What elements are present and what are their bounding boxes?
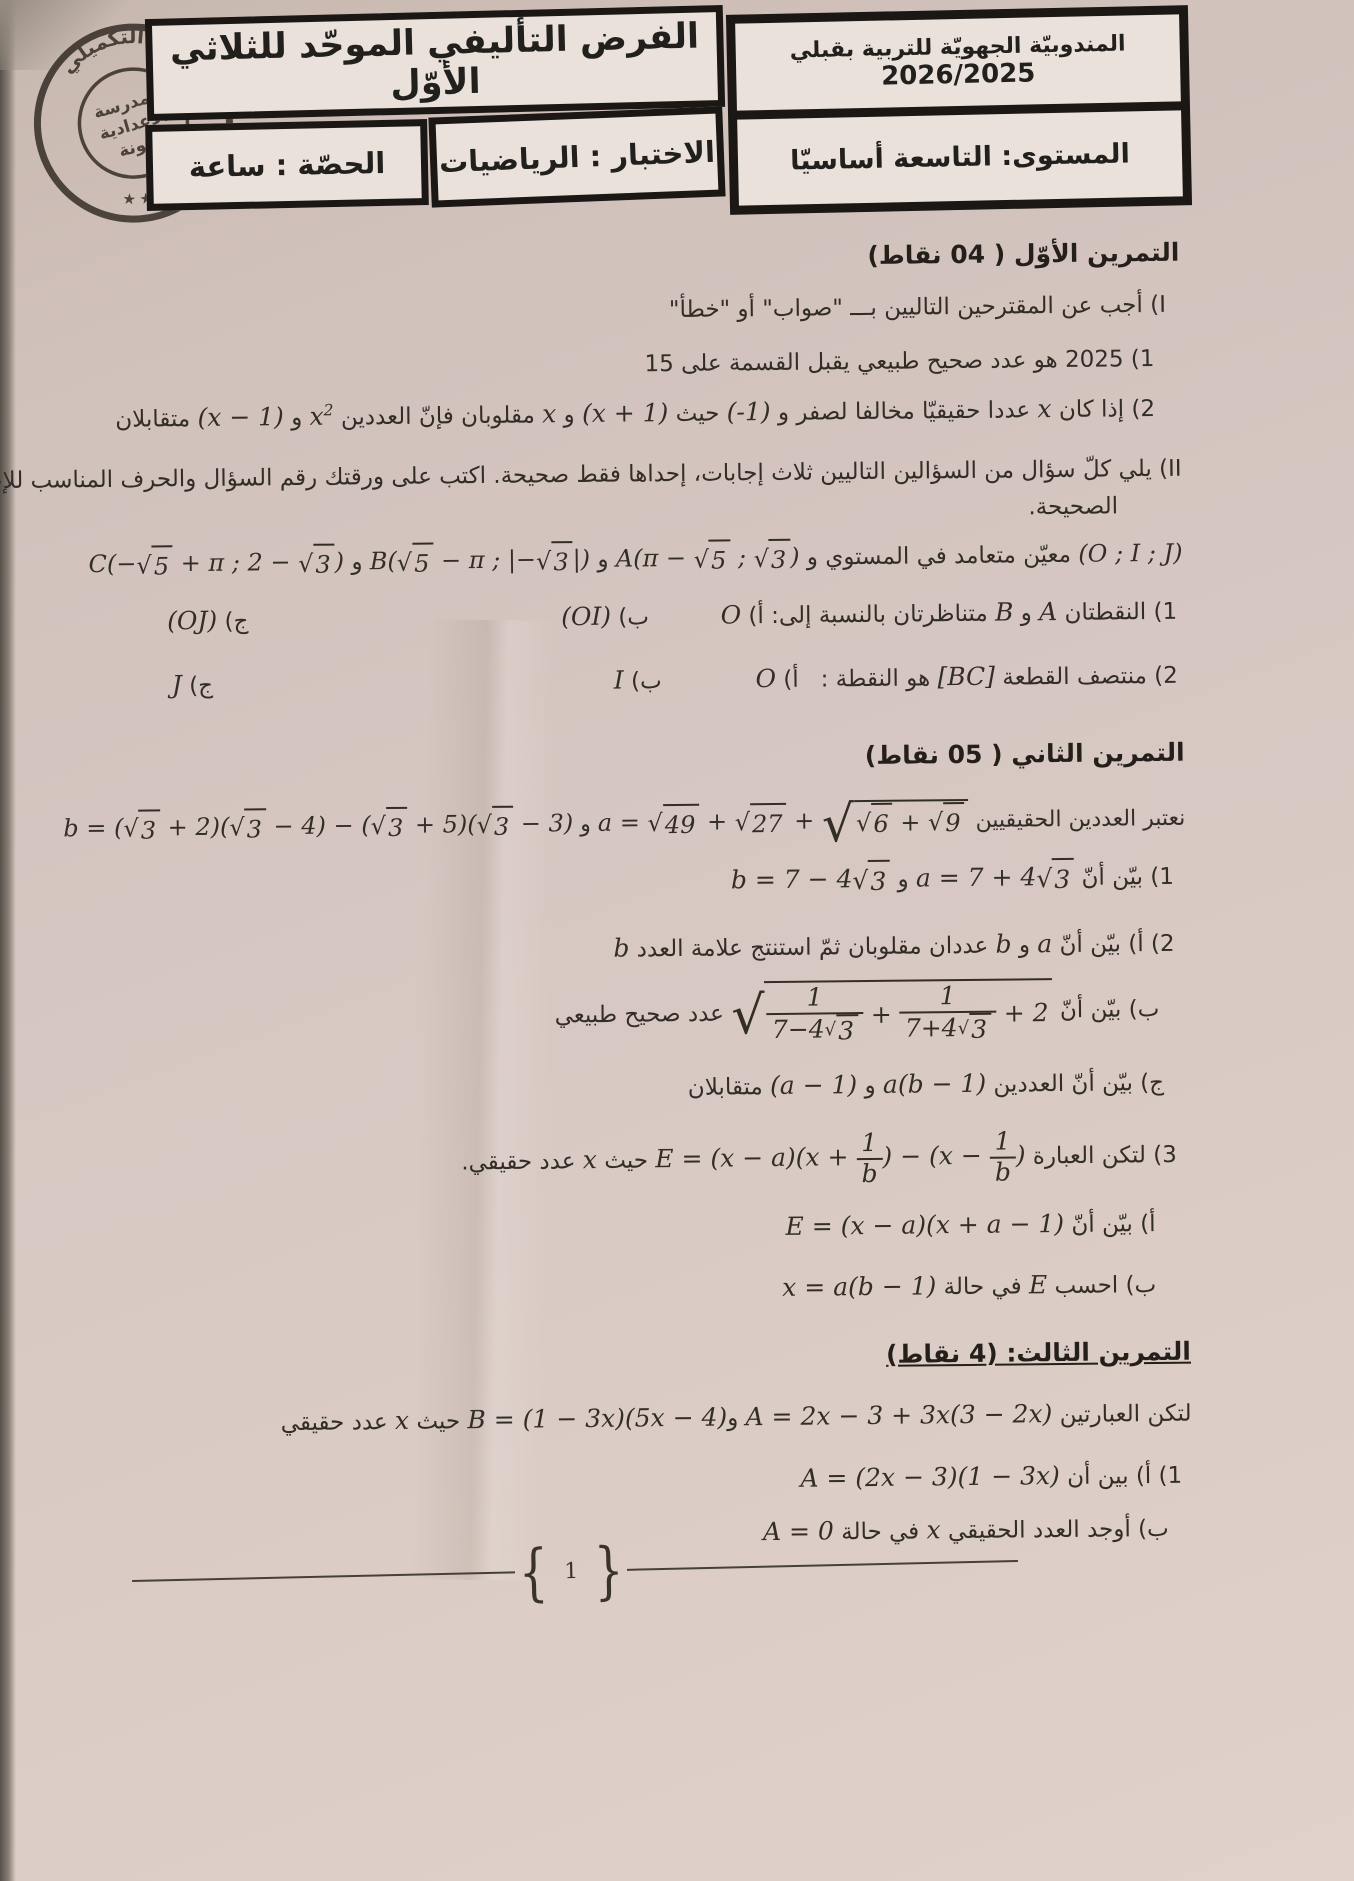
ex3-q1a: 1) أ) بين أن A = (2x − 3)(1 − 3x) xyxy=(118,1455,1182,1504)
ex1-item-2: 2) إذا كان x عددا حقيقيّا مخالفا لصفر و … xyxy=(107,388,1155,436)
page-number: 1 xyxy=(564,1558,579,1583)
ex2-q2c: ج) بيّن أنّ العددين a(b − 1) و (a − 1) م… xyxy=(114,1063,1164,1111)
exercise1-title: التمرين الأوّل ( 04 نقاط) xyxy=(105,234,1179,283)
footer-rule-left xyxy=(132,1571,515,1582)
mcq2-option-b: ب) I xyxy=(614,661,662,699)
ex1-item-1: 1) 2025 هو عدد صحيح طبيعي يقبل القسمة عل… xyxy=(106,342,1154,387)
school-year: 2026/2025 xyxy=(881,58,1036,91)
ex2-q3a: أ) بيّن أنّ E = (x − a)(x + a − 1) xyxy=(115,1204,1155,1252)
mcq2-option-c: ج) J xyxy=(172,666,214,704)
mcq1-question: 1) النقطتان A و B متناظرتان بالنسبة إلى:… xyxy=(720,592,1177,634)
header-right-block: المندوبيّة الجهويّة للتربية بقبلي 2026/2… xyxy=(726,5,1192,215)
mcq2-question: 2) منتصف القطعة [BC] هو النقطة : أ) O xyxy=(755,656,1178,698)
level-text: المستوى: التاسعة أساسيّا xyxy=(790,139,1130,177)
header-subject-box: الاختبار : الرياضيات xyxy=(428,106,725,207)
footer-brace-open: { xyxy=(518,1541,549,1604)
header-duration-box: الحصّة : ساعة xyxy=(145,119,429,211)
ex3-def-ab: لتكن العبارتين A = 2x − 3 + 3x(3 − 2x) و… xyxy=(117,1394,1191,1443)
exercise3-title: التمرين الثالث: (4 نقاط) xyxy=(117,1332,1191,1381)
exam-body: التمرين الأوّل ( 04 نقاط) I) أجب عن المق… xyxy=(0,218,1354,1559)
ex1-mcq-1: 1) النقطتان A و B متناظرتان بالنسبة إلى:… xyxy=(109,592,1183,645)
delegation-name: المندوبيّة الجهويّة للتربية بقبلي xyxy=(790,31,1126,63)
mcq1-option-b: ب) (OI) xyxy=(561,597,649,635)
mcq1-option-c: ج) (OJ) xyxy=(167,601,249,639)
header-delegation-cell: المندوبيّة الجهويّة للتربية بقبلي 2026/2… xyxy=(735,14,1181,110)
ex2-q3: 3) لتكن العبارة E = (x − a)(x + 1b) − (x… xyxy=(115,1126,1178,1197)
duration-text: الحصّة : ساعة xyxy=(188,146,385,184)
ex2-def-ab: نعتبر العددين الحقيقيين a = √49 + √27 + … xyxy=(111,795,1185,852)
subject-text: الاختبار : الرياضيات xyxy=(438,135,715,180)
exam-paper-page: و التكميلي ★ ★ ★ ★ المدرسة الاعدادية بعو… xyxy=(0,0,1354,1881)
ex1-frame-points: (O ; I ; J) معيّن متعامد في المستوي و A(… xyxy=(108,535,1182,585)
ex2-q2b: ب) بيّن أنّ √17−4√3 + 17+4√3 + 2 عدد صحي… xyxy=(113,977,1160,1053)
exam-title: الفرض التأليفي الموحّد للثلاثي الأوّل xyxy=(152,16,718,110)
header-exam-title-box: الفرض التأليفي الموحّد للثلاثي الأوّل xyxy=(145,5,725,121)
ex2-q1: 1) بيّن أنّ a = 7 + 4√3 و b = 7 − 4√3 xyxy=(112,857,1174,909)
ex2-q3b: ب) احسب E في حالة x = a(b − 1) xyxy=(116,1265,1156,1313)
header-level-cell: المستوى: التاسعة أساسيّا xyxy=(737,110,1183,206)
ex2-q2a: 2) أ) بيّن أنّ a و b عددان مقلوبان ثمّ ا… xyxy=(112,923,1174,972)
footer-rule-right xyxy=(627,1560,1017,1571)
footer-brace-close: } xyxy=(593,1539,624,1602)
exercise2-title: التمرين الثاني ( 05 نقاط) xyxy=(110,734,1184,783)
ex1-instruction-I: I) أجب عن المقترحين التاليين بـــ "صواب"… xyxy=(106,287,1166,333)
ex1-mcq-2: 2) منتصف القطعة [BC] هو النقطة : أ) O ب)… xyxy=(110,656,1184,709)
